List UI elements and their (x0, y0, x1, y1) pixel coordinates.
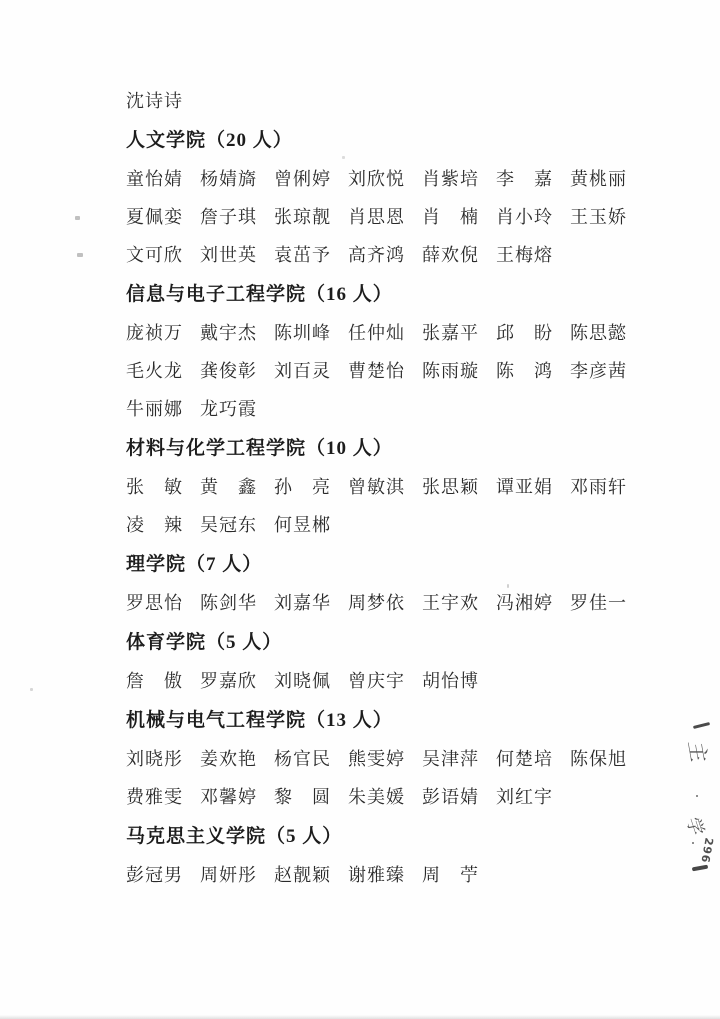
person-name: 姜欢艳 (200, 740, 257, 778)
person-name: 吴冠东 (200, 506, 257, 544)
person-name: 王玉娇 (570, 198, 627, 236)
person-name: 杨婧旖 (200, 160, 257, 198)
section-heading: 材料与化学工程学院（10 人） (126, 430, 666, 468)
name-row: 毛火龙龚俊彰刘百灵曹楚怡陈雨璇陈 鸿李彦茜 (126, 352, 666, 390)
name-row: 费雅雯邓馨婷黎 圆朱美媛彭语婧刘红宇 (126, 778, 666, 816)
person-name: 李彦茜 (570, 352, 627, 390)
section-heading: 马克思主义学院（5 人） (126, 818, 666, 856)
person-name: 何昱郴 (274, 506, 331, 544)
person-name: 高齐鸿 (348, 236, 405, 274)
person-name: 张 敏 (126, 468, 183, 506)
person-name: 黎 圆 (274, 778, 331, 816)
person-name: 谭亚娟 (496, 468, 553, 506)
name-row: 文可欣刘世英袁茁予高齐鸿薛欢倪王梅熔 (126, 236, 666, 274)
person-name: 陈圳峰 (274, 314, 331, 352)
person-name: 何楚培 (496, 740, 553, 778)
person-name: 刘百灵 (274, 352, 331, 390)
person-name: 刘欣悦 (348, 160, 405, 198)
name-row: 夏佩娈詹子琪张琼靓肖思恩肖 楠肖小玲王玉娇 (126, 198, 666, 236)
page-bottom-edge (0, 1015, 720, 1019)
name-row: 凌 辣吴冠东何昱郴 (126, 506, 666, 544)
person-name: 吴津萍 (422, 740, 479, 778)
section-heading: 人文学院（20 人） (126, 122, 666, 160)
person-name: 罗思怡 (126, 584, 183, 622)
person-name: 陈剑华 (200, 584, 257, 622)
handwritten-char-zhu: 主 (681, 742, 715, 763)
section-heading: 信息与电子工程学院（16 人） (126, 276, 666, 314)
person-name: 李 嘉 (496, 160, 553, 198)
person-name: 张嘉平 (422, 314, 479, 352)
person-name: 邓雨轩 (570, 468, 627, 506)
person-name: 周妍彤 (200, 856, 257, 894)
person-name: 王梅熔 (496, 236, 553, 274)
person-name: 夏佩娈 (126, 198, 183, 236)
handwritten-stroke (692, 865, 708, 872)
person-name: 童怡婧 (126, 160, 183, 198)
person-name: 陈雨璇 (422, 352, 479, 390)
name-row: 罗思怡陈剑华刘嘉华周梦依王宇欢冯湘婷罗佳一 (126, 584, 666, 622)
person-name: 刘红宇 (496, 778, 553, 816)
leading-name-line: 沈诗诗 (126, 82, 666, 120)
person-name: 庞祯万 (126, 314, 183, 352)
ink-dot (696, 795, 698, 797)
person-name: 龙巧霞 (200, 390, 257, 428)
scan-speck (507, 584, 509, 588)
person-name: 肖小玲 (496, 198, 553, 236)
person-name: 罗佳一 (570, 584, 627, 622)
person-name: 邓馨婷 (200, 778, 257, 816)
person-name: 费雅雯 (126, 778, 183, 816)
person-name: 肖 楠 (422, 198, 479, 236)
name-row: 詹 傲罗嘉欣刘晓佩曾庆宇胡怡博 (126, 662, 666, 700)
person-name: 曹楚怡 (348, 352, 405, 390)
handwritten-number: 296 (698, 837, 715, 865)
name-row: 庞祯万戴宇杰陈圳峰任仲灿张嘉平邱 盼陈思懿 (126, 314, 666, 352)
scan-speck (77, 253, 83, 257)
person-name: 黄 鑫 (200, 468, 257, 506)
sections-container: 人文学院（20 人）童怡婧杨婧旖曾俐婷刘欣悦肖紫培李 嘉黄桃丽夏佩娈詹子琪张琼靓… (126, 122, 666, 894)
person-name: 肖紫培 (422, 160, 479, 198)
person-name: 詹子琪 (200, 198, 257, 236)
section-heading: 机械与电气工程学院（13 人） (126, 702, 666, 740)
person-name: 赵靓颖 (274, 856, 331, 894)
person-name: 彭语婧 (422, 778, 479, 816)
handwritten-stroke (693, 722, 710, 729)
person-name: 肖思恩 (348, 198, 405, 236)
name-row: 牛丽娜龙巧霞 (126, 390, 666, 428)
handwritten-char-xue: 学 (680, 815, 711, 838)
person-name: 龚俊彰 (200, 352, 257, 390)
person-name: 胡怡博 (422, 662, 479, 700)
person-name: 陈保旭 (570, 740, 627, 778)
person-name: 杨官民 (274, 740, 331, 778)
ink-dot (692, 842, 694, 844)
person-name: 牛丽娜 (126, 390, 183, 428)
person-name: 张琼靓 (274, 198, 331, 236)
person-name: 薛欢倪 (422, 236, 479, 274)
person-name: 陈 鸿 (496, 352, 553, 390)
scan-speck (30, 688, 33, 691)
person-name: 凌 辣 (126, 506, 183, 544)
person-name: 王宇欢 (422, 584, 479, 622)
person-name: 刘晓彤 (126, 740, 183, 778)
person-name: 刘晓佩 (274, 662, 331, 700)
person-name: 朱美媛 (348, 778, 405, 816)
person-name: 周梦依 (348, 584, 405, 622)
section-heading: 理学院（7 人） (126, 546, 666, 584)
scanned-page: 沈诗诗 人文学院（20 人）童怡婧杨婧旖曾俐婷刘欣悦肖紫培李 嘉黄桃丽夏佩娈詹子… (0, 0, 720, 1019)
scan-speck (75, 216, 80, 220)
person-name: 曾敏淇 (348, 468, 405, 506)
section-heading: 体育学院（5 人） (126, 624, 666, 662)
person-name: 黄桃丽 (570, 160, 627, 198)
person-name: 刘嘉华 (274, 584, 331, 622)
name-row: 张 敏黄 鑫孙 亮曾敏淇张思颖谭亚娟邓雨轩 (126, 468, 666, 506)
person-name: 毛火龙 (126, 352, 183, 390)
person-name: 熊雯婷 (348, 740, 405, 778)
person-name: 戴宇杰 (200, 314, 257, 352)
person-name: 文可欣 (126, 236, 183, 274)
person-name: 曾庆宇 (348, 662, 405, 700)
name-row: 刘晓彤姜欢艳杨官民熊雯婷吴津萍何楚培陈保旭 (126, 740, 666, 778)
name-row: 童怡婧杨婧旖曾俐婷刘欣悦肖紫培李 嘉黄桃丽 (126, 160, 666, 198)
person-name: 周 苧 (422, 856, 479, 894)
person-name: 邱 盼 (496, 314, 553, 352)
person-name: 冯湘婷 (496, 584, 553, 622)
person-name: 袁茁予 (274, 236, 331, 274)
person-name: 詹 傲 (126, 662, 183, 700)
person-name: 刘世英 (200, 236, 257, 274)
person-name: 彭冠男 (126, 856, 183, 894)
name-row: 彭冠男周妍彤赵靓颖谢雅臻周 苧 (126, 856, 666, 894)
person-name: 谢雅臻 (348, 856, 405, 894)
person-name: 曾俐婷 (274, 160, 331, 198)
person-name: 张思颖 (422, 468, 479, 506)
person-name: 任仲灿 (348, 314, 405, 352)
person-name: 罗嘉欣 (200, 662, 257, 700)
scan-speck (342, 156, 345, 159)
person-name: 孙 亮 (274, 468, 331, 506)
document-content: 沈诗诗 人文学院（20 人）童怡婧杨婧旖曾俐婷刘欣悦肖紫培李 嘉黄桃丽夏佩娈詹子… (126, 82, 666, 894)
person-name: 陈思懿 (570, 314, 627, 352)
